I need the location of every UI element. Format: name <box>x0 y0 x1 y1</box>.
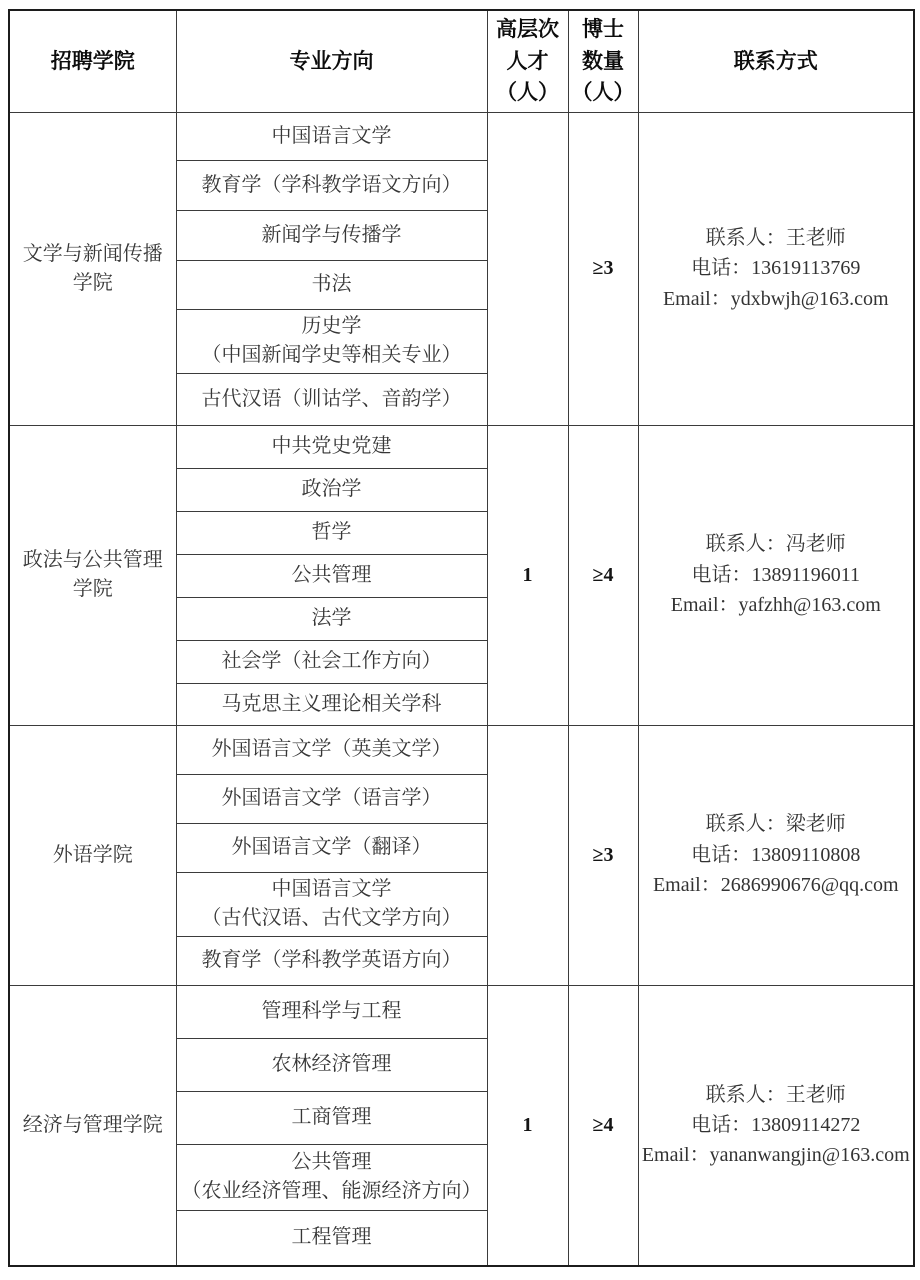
major-cell: 马克思主义理论相关学科 <box>176 683 487 725</box>
table-row: 外语学院 外国语言文学（英美文学） ≥3 联系人：梁老师 电话：13809110… <box>9 725 914 774</box>
major-cell: 哲学 <box>176 511 487 554</box>
major-cell: 中共党史党建 <box>176 425 487 468</box>
page: 招聘学院 专业方向 高层次 人才 （人） 博士 数量 （人） 联系方式 文学与新… <box>0 0 920 1267</box>
major-cell: 新闻学与传播学 <box>176 210 487 260</box>
talent-count-cell: 1 <box>487 985 568 1266</box>
college-cell: 政法与公共管理 学院 <box>9 425 176 725</box>
major-cell: 公共管理 <box>176 554 487 597</box>
major-cell: 法学 <box>176 597 487 640</box>
college-cell: 外语学院 <box>9 725 176 985</box>
major-cell: 管理科学与工程 <box>176 985 487 1038</box>
talent-count-cell <box>487 112 568 425</box>
header-contact: 联系方式 <box>638 10 914 112</box>
recruitment-table: 招聘学院 专业方向 高层次 人才 （人） 博士 数量 （人） 联系方式 文学与新… <box>8 9 915 1267</box>
phd-count-cell: ≥3 <box>568 725 638 985</box>
contact-cell: 联系人：梁老师 电话：13809110808 Email：2686990676@… <box>638 725 914 985</box>
major-cell: 外国语言文学（语言学） <box>176 774 487 823</box>
contact-cell: 联系人：王老师 电话：13619113769 Email：ydxbwjh@163… <box>638 112 914 425</box>
major-cell: 古代汉语（训诂学、音韵学） <box>176 373 487 425</box>
major-cell: 工程管理 <box>176 1210 487 1266</box>
college-cell: 文学与新闻传播 学院 <box>9 112 176 425</box>
major-cell: 书法 <box>176 260 487 309</box>
major-cell: 教育学（学科教学语文方向） <box>176 160 487 210</box>
major-cell: 工商管理 <box>176 1091 487 1144</box>
major-cell: 中国语言文学 <box>176 112 487 160</box>
major-cell: 政治学 <box>176 468 487 511</box>
header-phd-count: 博士 数量 （人） <box>568 10 638 112</box>
contact-cell: 联系人：王老师 电话：13809114272 Email：yananwangji… <box>638 985 914 1266</box>
header-talent-count: 高层次 人才 （人） <box>487 10 568 112</box>
major-cell: 农林经济管理 <box>176 1038 487 1091</box>
header-college: 招聘学院 <box>9 10 176 112</box>
major-cell: 中国语言文学 （古代汉语、古代文学方向） <box>176 872 487 936</box>
major-cell: 历史学 （中国新闻学史等相关专业） <box>176 309 487 373</box>
talent-count-cell: 1 <box>487 425 568 725</box>
major-cell: 外国语言文学（翻译） <box>176 823 487 872</box>
table-row: 文学与新闻传播 学院 中国语言文学 ≥3 联系人：王老师 电话：13619113… <box>9 112 914 160</box>
table-row: 政法与公共管理 学院 中共党史党建 1 ≥4 联系人：冯老师 电话：138911… <box>9 425 914 468</box>
phd-count-cell: ≥4 <box>568 425 638 725</box>
table-row: 经济与管理学院 管理科学与工程 1 ≥4 联系人：王老师 电话：13809114… <box>9 985 914 1038</box>
phd-count-cell: ≥3 <box>568 112 638 425</box>
header-row: 招聘学院 专业方向 高层次 人才 （人） 博士 数量 （人） 联系方式 <box>9 10 914 112</box>
major-cell: 社会学（社会工作方向） <box>176 640 487 683</box>
major-cell: 外国语言文学（英美文学） <box>176 725 487 774</box>
phd-count-cell: ≥4 <box>568 985 638 1266</box>
talent-count-cell <box>487 725 568 985</box>
major-cell: 公共管理 （农业经济管理、能源经济方向） <box>176 1144 487 1210</box>
contact-cell: 联系人：冯老师 电话：13891196011 Email：yafzhh@163.… <box>638 425 914 725</box>
college-cell: 经济与管理学院 <box>9 985 176 1266</box>
major-cell: 教育学（学科教学英语方向） <box>176 936 487 985</box>
header-major: 专业方向 <box>176 10 487 112</box>
